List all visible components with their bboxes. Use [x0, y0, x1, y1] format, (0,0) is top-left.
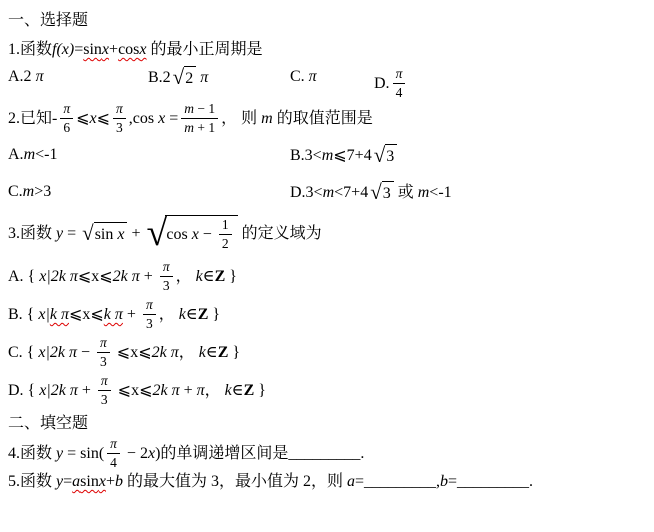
q2-option-c: C.m>3: [8, 181, 290, 202]
spellcheck-underline: asinx: [72, 471, 106, 492]
radical-sign: √: [82, 223, 94, 244]
question-3-stem: 3.函数 y = √sin x + √cos x − 12 的定义域为: [8, 214, 648, 252]
fraction: π3: [113, 101, 126, 136]
fraction: π4: [393, 66, 406, 101]
fraction: π3: [143, 297, 156, 332]
radical-sign: √: [147, 214, 168, 252]
radicand: sin x: [94, 222, 128, 245]
answer-blank: _________: [457, 471, 529, 492]
q1-option-b: B.2√2 π: [148, 66, 290, 89]
section-2-heading: 二、填空题: [8, 413, 648, 434]
fraction: π3: [97, 335, 110, 370]
radical-sign: √: [173, 67, 185, 88]
radical-sign: √: [370, 182, 382, 203]
answer-blank: _________: [364, 471, 436, 492]
q2-option-a: A.m<-1: [8, 144, 290, 165]
fraction: π4: [107, 436, 120, 471]
q3-option-c: C. { x|2k π − π3 ⩽x⩽2k π， k∈Z }: [8, 335, 648, 370]
q3-option-a: A. { x|2k π⩽x⩽2k π + π3， k∈Z }: [8, 259, 648, 294]
worksheet-page: 一、选择题 1.函数f(x)=sinx+cosx 的最小正周期是 A.2 π B…: [0, 0, 654, 532]
question-1-options: A.2 π B.2√2 π C. π D.π4: [8, 66, 648, 101]
section-1-heading: 一、选择题: [8, 10, 648, 31]
section-1-title: 一、选择题: [8, 10, 88, 31]
fraction: m − 1m + 1: [181, 101, 218, 136]
spellcheck-underline: cosx: [118, 39, 146, 60]
spellcheck-underline: k π: [50, 304, 69, 325]
q2-option-b: B.3<m⩽7+4√3: [290, 144, 397, 167]
radical-sign: √: [374, 145, 386, 166]
radicand: 3: [382, 181, 394, 204]
question-4: 4.函数 y = sin(π4 − 2x)的单调递增区间是_________.: [8, 436, 648, 471]
q2-option-d: D.3<m<7+4√3 或 m<-1: [290, 181, 452, 204]
fraction: 12: [219, 217, 232, 252]
question-2-options-cd: C.m>3 D.3<m<7+4√3 或 m<-1: [8, 181, 648, 204]
question-5: 5.函数 y=asinx+b 的最大值为 3，最小值为 2，则 a=______…: [8, 471, 648, 492]
fraction: π6: [60, 101, 73, 136]
q3-option-b: B. { x|k π⩽x⩽k π + π3， k∈Z }: [8, 297, 648, 332]
radicand: 2: [184, 66, 196, 89]
spellcheck-underline: k π: [104, 304, 123, 325]
question-2-options-ab: A.m<-1 B.3<m⩽7+4√3: [8, 144, 648, 167]
radicand: cos x − 12: [165, 215, 237, 252]
q1-option-c: C. π: [290, 66, 374, 87]
spellcheck-underline: sinx: [83, 39, 109, 60]
question-2-stem: 2.已知-π6⩽x⩽π3,cos x =m − 1m + 1， 则 m 的取值范…: [8, 101, 648, 136]
question-1-stem: 1.函数f(x)=sinx+cosx 的最小正周期是: [8, 39, 648, 60]
q3-option-d: D. { x|2k π + π3 ⩽x⩽2k π + π， k∈Z }: [8, 373, 648, 408]
answer-blank: _________: [288, 443, 360, 464]
section-2-title: 二、填空题: [8, 413, 88, 434]
q1-option-a: A.2 π: [8, 66, 148, 87]
q1-option-d: D.π4: [374, 66, 408, 101]
radicand: 3: [385, 144, 397, 167]
fraction: π3: [160, 259, 173, 294]
fraction: π3: [98, 373, 111, 408]
